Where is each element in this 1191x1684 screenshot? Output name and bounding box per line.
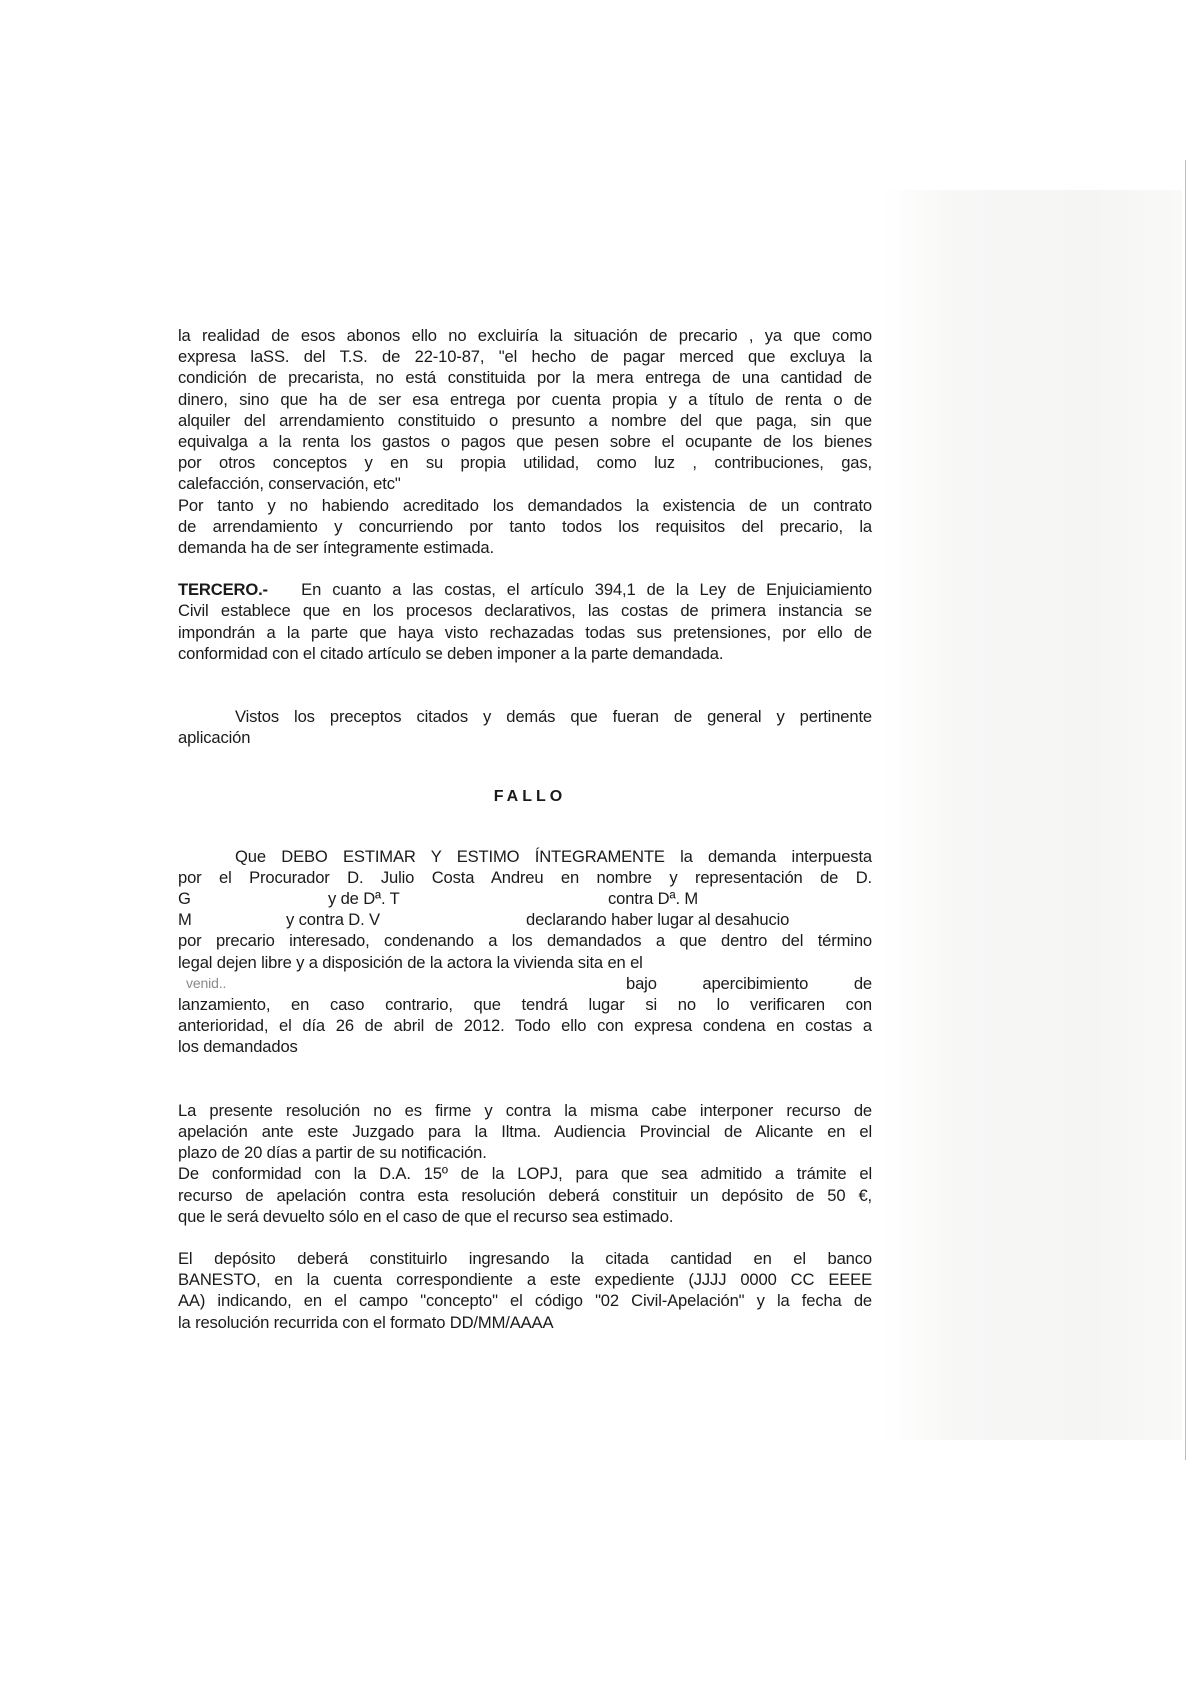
redacted-address-fragment: venid.. <box>178 973 626 994</box>
text-line: Civil establece que en los procesos decl… <box>178 600 872 621</box>
text-line: Vistos los preceptos citados y demás que… <box>178 706 872 727</box>
text-line: TERCERO.- En cuanto a las costas, el art… <box>178 579 872 600</box>
document-page: la realidad de esos abonos ello no exclu… <box>178 325 872 1333</box>
scan-shading <box>882 190 1182 1440</box>
text-line: demanda ha de ser íntegramente estimada. <box>178 537 872 558</box>
paragraph-conclusion: Por tanto y no habiendo acreditado los d… <box>178 495 872 559</box>
tercero-text: En cuanto a las costas, el artículo 394,… <box>301 580 872 599</box>
paragraph-fallo-ruling: Que DEBO ESTIMAR Y ESTIMO ÍNTEGRAMENTE l… <box>178 846 872 1058</box>
text-line: la realidad de esos abonos ello no exclu… <box>178 325 872 346</box>
redacted-name-fragment: declarando haber lugar al desahucio <box>526 909 872 930</box>
text-line: impondrán a la parte que haya visto rech… <box>178 622 872 643</box>
paragraph-deposit-instructions: El depósito deberá constituirlo ingresan… <box>178 1248 872 1333</box>
text-line: expresa laSS. del T.S. de 22-10-87, "el … <box>178 346 872 367</box>
text-line: La presente resolución no es firme y con… <box>178 1100 872 1121</box>
text-line: lanzamiento, en caso contrario, que tend… <box>178 994 872 1015</box>
text-line: anterioridad, el día 26 de abril de 2012… <box>178 1015 872 1036</box>
text-line: los demandados <box>178 1036 872 1057</box>
text-line: BANESTO, en la cuenta correspondiente a … <box>178 1269 872 1290</box>
text-line: AA) indicando, en el campo "concepto" el… <box>178 1290 872 1311</box>
text-line: alquiler del arrendamiento constituido o… <box>178 410 872 431</box>
paragraph-precario-argument: la realidad de esos abonos ello no exclu… <box>178 325 872 495</box>
text-line: Que DEBO ESTIMAR Y ESTIMO ÍNTEGRAMENTE l… <box>178 846 872 867</box>
text-line: por el Procurador D. Julio Costa Andreu … <box>178 867 872 888</box>
text-line: por precario interesado, condenando a lo… <box>178 930 872 951</box>
redacted-name-fragment: M <box>178 909 286 930</box>
text-line: por otros conceptos y en su propia utili… <box>178 452 872 473</box>
text-line: legal dejen libre y a disposición de la … <box>178 952 872 973</box>
text-line: equivalga a la renta los gastos o pagos … <box>178 431 872 452</box>
redacted-line: venid.. bajo apercibimiento de <box>178 973 872 994</box>
fallo-heading: FALLO <box>178 786 872 807</box>
text-line: recurso de apelación contra esta resoluc… <box>178 1185 872 1206</box>
text-line: aplicación <box>178 727 872 748</box>
text-line: de arrendamiento y concurriendo por tant… <box>178 516 872 537</box>
redacted-name-fragment: y de Dª. T <box>328 888 608 909</box>
text-line: que le será devuelto sólo en el caso de … <box>178 1206 872 1227</box>
paragraph-tercero: TERCERO.- En cuanto a las costas, el art… <box>178 579 872 664</box>
text-line: Por tanto y no habiendo acreditado los d… <box>178 495 872 516</box>
text-line: calefacción, conservación, etc" <box>178 473 872 494</box>
text-line: la resolución recurrida con el formato D… <box>178 1312 872 1333</box>
redacted-name-fragment: contra Dª. M <box>608 888 872 909</box>
redacted-line: G y de Dª. T contra Dª. M <box>178 888 872 909</box>
redacted-name-fragment: G <box>178 888 328 909</box>
text-line: condición de precarista, no está constit… <box>178 367 872 388</box>
text-line: dinero, sino que ha de ser esa entrega p… <box>178 389 872 410</box>
text-fragment: bajo apercibimiento de <box>626 973 872 994</box>
section-label-tercero: TERCERO.- <box>178 580 268 599</box>
text-line: El depósito deberá constituirlo ingresan… <box>178 1248 872 1269</box>
text-line: plazo de 20 días a partir de su notifica… <box>178 1142 872 1163</box>
paragraph-appeal-notice: La presente resolución no es firme y con… <box>178 1100 872 1164</box>
redacted-name-fragment: y contra D. V <box>286 909 526 930</box>
text-line: conformidad con el citado artículo se de… <box>178 643 872 664</box>
paragraph-deposit-requirement: De conformidad con la D.A. 15º de la LOP… <box>178 1163 872 1227</box>
paragraph-vistos: Vistos los preceptos citados y demás que… <box>178 706 872 748</box>
text-line: De conformidad con la D.A. 15º de la LOP… <box>178 1163 872 1184</box>
text-line: apelación ante este Juzgado para la Iltm… <box>178 1121 872 1142</box>
redacted-line: M y contra D. V declarando haber lugar a… <box>178 909 872 930</box>
scan-edge-line <box>1185 160 1186 1460</box>
